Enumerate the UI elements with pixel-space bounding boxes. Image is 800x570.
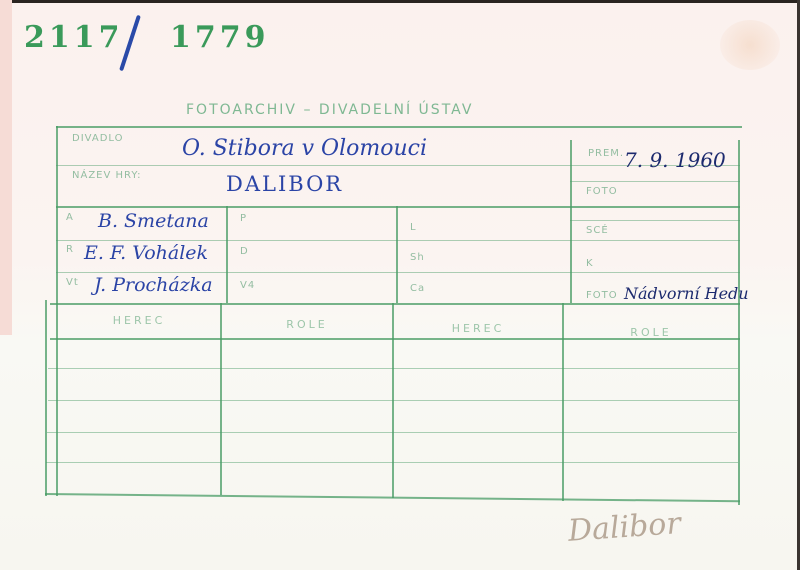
col-divider-b — [396, 206, 398, 303]
paper-stain — [720, 20, 780, 70]
form-right-border — [738, 140, 740, 505]
label-divadlo: DIVADLO — [72, 133, 123, 144]
row-divider-foto — [570, 220, 740, 221]
label-sc: SCÉ — [586, 225, 609, 236]
handwritten-play-title: DALIBOR — [226, 172, 343, 196]
handwritten-author: B. Smetana — [98, 210, 209, 232]
row-divider-1 — [56, 240, 740, 241]
pencil-note: Dalibor — [567, 506, 682, 549]
form-top-border — [56, 126, 742, 128]
card-edge-tint — [0, 0, 12, 335]
table-row-line-1 — [48, 368, 738, 369]
table-row-line-3 — [47, 432, 737, 433]
handwritten-director: J. Procházka — [94, 274, 213, 296]
label-a: A — [66, 212, 74, 223]
label-premiera: PREM. — [588, 148, 624, 159]
handwritten-date: 7. 9. 1960 — [624, 148, 726, 172]
row-divider-prem — [570, 181, 740, 182]
table-header-herec-1: HEREC — [58, 314, 220, 327]
row-divider-2 — [56, 272, 740, 273]
form-left-border-lower — [45, 300, 47, 496]
table-col-divider-1 — [220, 303, 222, 495]
table-header-role-2: ROLE — [564, 326, 738, 339]
form-header: FOTOARCHIV – DIVADELNÍ ÚSTAV — [186, 102, 473, 118]
label-foto: FOTO — [586, 186, 618, 197]
row-divider-3 — [50, 303, 740, 305]
label-r: R — [66, 244, 74, 255]
label-sh: Sh — [410, 252, 425, 263]
table-header-herec-2: HEREC — [394, 322, 562, 335]
label-v4: V4 — [240, 280, 255, 291]
handwritten-librettist: E. F. Vohálek — [84, 242, 208, 264]
row-divider-nazev — [56, 206, 740, 208]
handwritten-photographer: Nádvorní Hedu — [624, 284, 749, 303]
col-divider-right-top — [570, 140, 572, 303]
handwritten-theatre: O. Stibora v Olomouci — [182, 136, 427, 161]
table-row-line-4 — [46, 462, 738, 463]
form-left-border — [56, 126, 58, 496]
table-header-role-1: ROLE — [222, 318, 392, 331]
label-p: P — [240, 213, 247, 224]
label-d: D — [240, 246, 249, 257]
label-k: K — [586, 258, 594, 269]
label-nazev-hry: NÁZEV HRY: — [72, 170, 142, 181]
label-l: L — [410, 222, 417, 233]
label-foto-2: FOTO — [586, 290, 618, 301]
stamp-number-right: 1779 — [170, 20, 270, 55]
stamp-number-left: 2117 — [24, 20, 124, 55]
col-divider-a — [226, 206, 228, 303]
label-ca: Ca — [410, 283, 425, 294]
archive-card: 2117 1779 FOTOARCHIV – DIVADELNÍ ÚSTAV D… — [0, 0, 800, 570]
table-row-line-2 — [48, 400, 738, 401]
label-v: Vt — [66, 277, 79, 288]
